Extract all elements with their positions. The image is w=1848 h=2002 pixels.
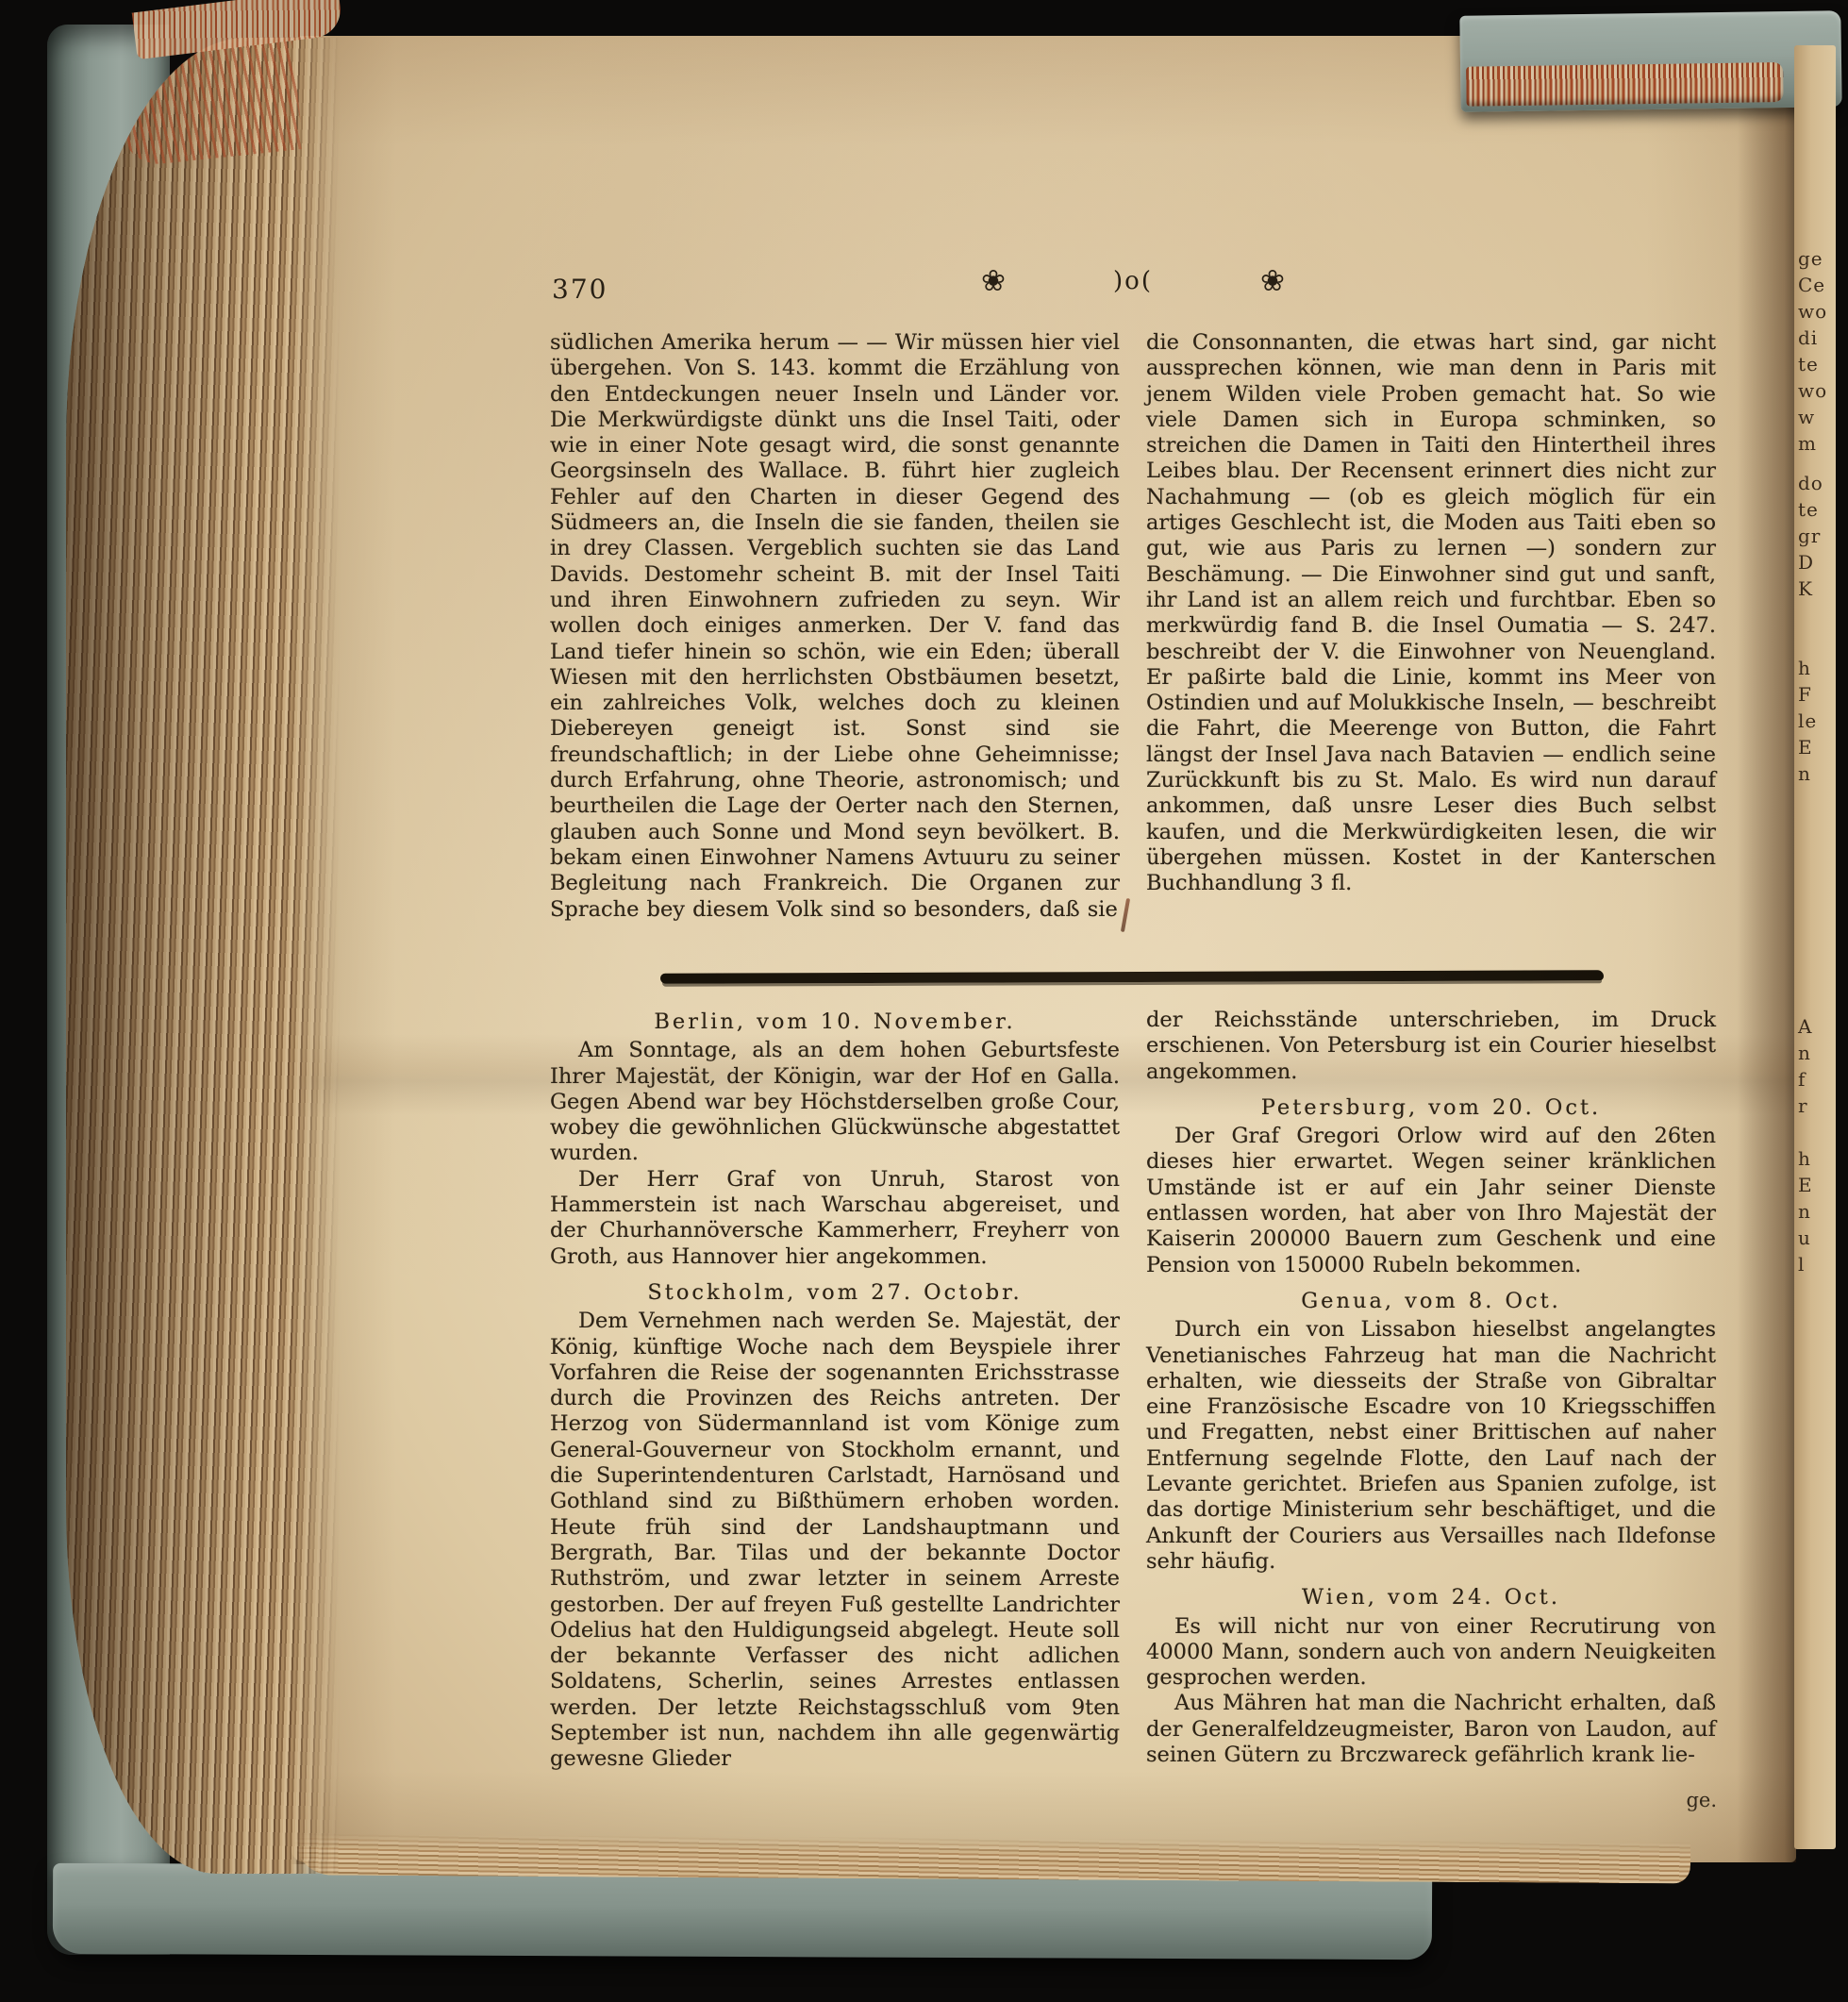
section-heading: Stockholm, vom 27. Octobr. — [550, 1280, 1120, 1306]
review-column-right: die Consonnanten, die etwas hart sind, g… — [1146, 330, 1716, 897]
next-page-text-fragment: u — [1798, 1226, 1811, 1249]
paragraph: Es will nicht nur von einer Recrutirung … — [1146, 1614, 1716, 1692]
next-page-text-fragment: do — [1798, 472, 1823, 494]
page-number: 370 — [552, 274, 608, 305]
shell-ornament-icon: ❀ — [1260, 264, 1285, 298]
next-page-text-fragment: n — [1798, 1200, 1811, 1223]
section-heading: Berlin, vom 10. November. — [550, 1009, 1120, 1035]
page-stack-fore-edge — [66, 38, 340, 1874]
section-heading: Genua, vom 8. Oct. — [1146, 1289, 1716, 1314]
next-page-text-fragment: D — [1798, 551, 1814, 574]
next-page-text-fragment: h — [1798, 1147, 1811, 1170]
shell-ornament-icon: ❀ — [981, 264, 1006, 298]
next-page-text-fragment: f — [1798, 1068, 1806, 1091]
paragraph: Dem Vernehmen nach werden Se. Majestät, … — [550, 1309, 1120, 1772]
next-page-sliver: geCewoditewowmdotegrDKhFleEnAnfrhEnul — [1794, 45, 1836, 1849]
next-page-text-fragment: l — [1798, 1253, 1805, 1276]
paragraph: Aus Mähren hat man die Nachricht erhalte… — [1146, 1691, 1716, 1768]
next-page-text-fragment: n — [1798, 1042, 1811, 1064]
next-page-text-fragment: wo — [1798, 379, 1827, 402]
catchword: ge. — [1615, 1789, 1717, 1811]
section-heading: Wien, vom 24. Oct. — [1146, 1585, 1716, 1610]
next-page-text-fragment: m — [1798, 432, 1817, 455]
scanned-book-photo: { "page": { "number": "370" }, "header":… — [0, 0, 1848, 2002]
next-page-text-fragment: E — [1798, 1174, 1813, 1196]
next-page-text-fragment: E — [1798, 736, 1813, 759]
paragraph: Am Sonntage, als an dem hohen Geburtsfes… — [550, 1038, 1120, 1166]
next-page-text-fragment: h — [1798, 657, 1811, 679]
paragraph: Durch ein von Lissabon hieselbst angelan… — [1146, 1317, 1716, 1575]
next-page-text-fragment: r — [1798, 1094, 1808, 1117]
book-cover-top-right — [1459, 10, 1841, 112]
news-column-left: Berlin, vom 10. November.Am Sonntage, al… — [550, 1008, 1120, 1773]
speckled-fore-edge-band — [1466, 62, 1784, 107]
next-page-text-fragment: w — [1798, 406, 1815, 428]
ornament-separator: )o( — [1113, 267, 1153, 295]
next-page-text-fragment: Ce — [1798, 274, 1825, 296]
next-page-text-fragment: di — [1798, 326, 1818, 349]
next-page-text-fragment: le — [1798, 709, 1817, 732]
paragraph: Der Herr Graf von Unruh, Starost von Ham… — [550, 1167, 1120, 1270]
next-page-text-fragment: te — [1798, 498, 1819, 521]
section-heading: Petersburg, vom 20. Oct. — [1146, 1095, 1716, 1121]
next-page-text-fragment: ge — [1798, 247, 1823, 270]
next-page-text-fragment: wo — [1798, 300, 1827, 323]
next-page-text-fragment: K — [1798, 577, 1813, 600]
next-page-text-fragment: F — [1798, 683, 1812, 706]
review-column-left: südlichen Amerika herum — — Wir müssen h… — [550, 330, 1120, 923]
next-page-text-fragment: n — [1798, 762, 1811, 785]
header-ornaments: ❀ )o( ❀ — [981, 264, 1285, 298]
next-page-text-fragment: gr — [1798, 525, 1821, 547]
page-stack-bottom-edge — [294, 1833, 1690, 1883]
paragraph: der Reichsstände unterschrieben, im Druc… — [1146, 1008, 1716, 1085]
news-column-right: der Reichsstände unterschrieben, im Druc… — [1146, 1008, 1716, 1768]
paragraph: Der Graf Gregori Orlow wird auf den 26te… — [1146, 1124, 1716, 1278]
next-page-text-fragment: te — [1798, 353, 1819, 375]
next-page-text-fragment: A — [1798, 1015, 1812, 1038]
